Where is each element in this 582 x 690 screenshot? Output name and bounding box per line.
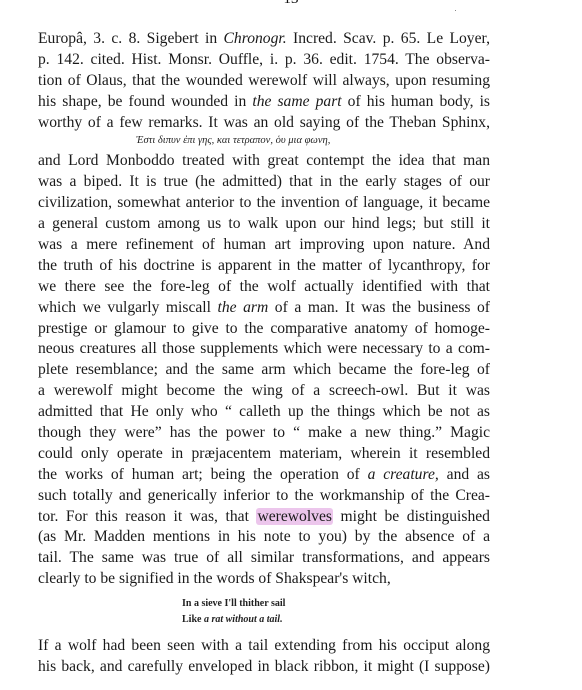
text-run: In a sieve I'll thither sail [182,598,285,609]
text-run: of a man. It was the business of [268,299,490,316]
italic-run: a rat without a tail. [204,614,283,625]
verse-line: In a sieve I'll thither sail [38,596,490,612]
greek-quote: Ἐστι διπυν ἐπι γης, και τετραπον, ὁυ μια… [38,134,490,147]
text-run: admitted that He only who “ calleth up t… [38,403,490,420]
text-run: civilization, somewhat anterior to the i… [38,194,490,211]
text-run: a werewolf might become the wing of a sc… [38,382,490,399]
text-line: could only operate in præjacentem materi… [38,444,490,465]
text-line: If a wolf had been seen with a tail exte… [38,636,490,657]
text-line: we there see the fore-leg of the wolf ac… [38,277,490,298]
verse-line: Like a rat without a tail. [38,612,490,628]
text-run: neous creatures all those supplements wh… [38,340,490,357]
page-body: Europâ, 3. c. 8. Sigebert in Chronogr. I… [38,29,490,678]
text-run: worthy of a few remarks. It was an old s… [38,114,490,131]
text-line: his shape, be found wounded in the same … [38,92,490,113]
text-run: and as [439,466,490,483]
text-line: though they were” has the power to “ mak… [38,423,490,444]
text-run: and Lord Monboddo treated with great con… [38,152,490,169]
text-run: tion of Olaus, that the wounded werewolf… [38,72,490,89]
text-line: tor. For this reason it was, that werewo… [38,507,490,528]
verse-quote: In a sieve I'll thither sail Like a rat … [38,596,490,628]
text-line: Europâ, 3. c. 8. Sigebert in Chronogr. I… [38,29,490,50]
text-run: might be distinguished [333,508,490,525]
search-highlight[interactable]: werewolves [256,508,332,525]
text-line: was a mere refinement of human art impro… [38,235,490,256]
text-run: clearly to be signified in the words of … [38,570,391,587]
text-run: of his human body, is [342,93,490,110]
text-line: a general custom among us to walk upon o… [38,214,490,235]
text-run: tail. The same was true of all similar t… [38,549,490,566]
text-run: could only operate in præjacentem materi… [38,445,490,462]
text-run: we there see the fore-leg of the wolf ac… [38,278,490,295]
text-run: was a mere refinement of human art impro… [38,236,490,253]
italic-run: the arm [218,299,269,316]
text-run: Incred. Scav. p. 65. Le Loyer, [287,30,490,47]
text-run: was a biped. It is true (he admitted) th… [38,173,490,190]
text-run: tor. For this reason it was, that [38,508,256,525]
text-line: which we vulgarly miscall the arm of a m… [38,298,490,319]
text-line: such totally and generically inferior to… [38,486,490,507]
text-line: the truth of his doctrine is apparent in… [38,256,490,277]
text-run: the works of human art; being the operat… [38,466,368,483]
italic-run: the same part [252,93,341,110]
text-line: clearly to be signified in the words of … [38,569,490,590]
text-line: worthy of a few remarks. It was an old s… [38,113,490,134]
text-run: plete resemblance; and the same arm whic… [38,361,490,378]
text-line: a werewolf might become the wing of a sc… [38,381,490,402]
text-line: was a biped. It is true (he admitted) th… [38,172,490,193]
text-run: such totally and generically inferior to… [38,487,490,504]
text-line: plete resemblance; and the same arm whic… [38,360,490,381]
text-line: and Lord Monboddo treated with great con… [38,151,490,172]
text-run: which we vulgarly miscall [38,299,218,316]
text-line: civilization, somewhat anterior to the i… [38,193,490,214]
text-run: (as Mr. Madden mentions in his note to y… [38,528,490,545]
text-run: Like [182,614,204,625]
text-line: his back, and carefully enveloped in bla… [38,657,490,678]
text-run: Europâ, 3. c. 8. Sigebert in [38,30,224,47]
scan-speck [455,10,456,11]
text-line: tion of Olaus, that the wounded werewolf… [38,71,490,92]
text-run: the truth of his doctrine is apparent in… [38,257,490,274]
page-number: 13 [0,0,582,8]
text-line: (as Mr. Madden mentions in his note to y… [38,527,490,548]
text-run: p. 142. cited. Hist. Monsr. Ouffle, i. p… [38,51,490,68]
text-run: his back, and carefully enveloped in bla… [38,658,490,675]
text-run: a general custom among us to walk upon o… [38,215,490,232]
text-line: prestige or glamour to give to the compa… [38,319,490,340]
text-line: tail. The same was true of all similar t… [38,548,490,569]
text-line: neous creatures all those supplements wh… [38,339,490,360]
text-run: If a wolf had been seen with a tail exte… [38,637,490,654]
italic-run: Chronogr. [224,30,287,47]
italic-run: a creature, [368,466,439,483]
text-line: p. 142. cited. Hist. Monsr. Ouffle, i. p… [38,50,490,71]
text-run: prestige or glamour to give to the compa… [38,320,490,337]
text-run: his shape, be found wounded in [38,93,252,110]
text-line: the works of human art; being the operat… [38,465,490,486]
text-run: though they were” has the power to “ mak… [38,424,490,441]
text-line: admitted that He only who “ calleth up t… [38,402,490,423]
